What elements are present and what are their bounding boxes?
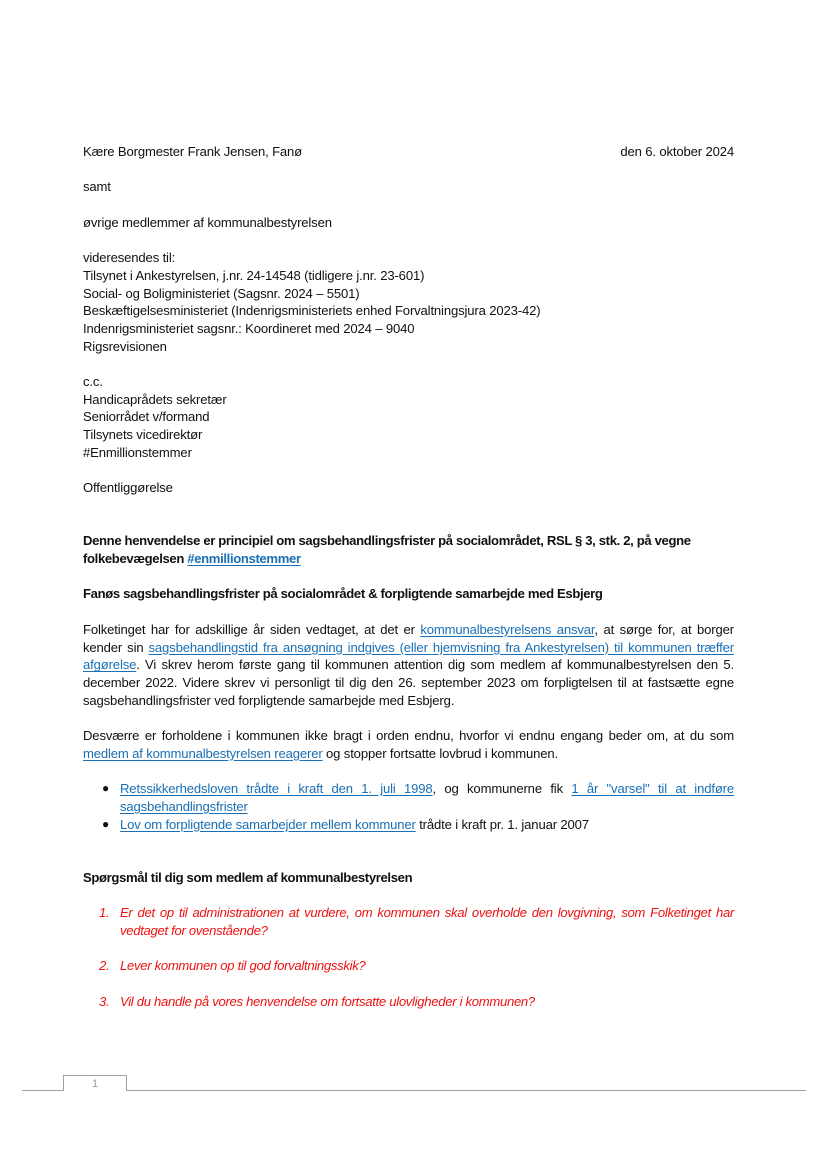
list-item: ●Lov om forpligtende samarbejder mellem … [120, 816, 734, 834]
page-number: 1 [64, 1078, 126, 1090]
samt-text: samt [83, 178, 734, 196]
forwarded-recipient: Tilsynet i Ankestyrelsen, j.nr. 24-14548… [83, 267, 734, 285]
intro-statement: Denne henvendelse er principiel om sagsb… [83, 532, 734, 567]
other-members: øvrige medlemmer af kommunalbestyrelsen [83, 214, 734, 232]
bullet-icon: ● [102, 780, 109, 798]
hashtag-link[interactable]: #enmillionstemmer [187, 551, 300, 566]
footer-rule [22, 1090, 64, 1091]
page-footer: 1 [22, 1075, 806, 1092]
cc-recipient: Tilsynets vicedirektør [83, 426, 734, 444]
intro-text: Denne henvendelse er principiel om sagsb… [83, 533, 691, 566]
questions-list: 1.Er det op til administrationen at vurd… [83, 904, 734, 1010]
section-title: Fanøs sagsbehandlingsfrister på socialom… [83, 585, 734, 603]
header-row: Kære Borgmester Frank Jensen, Fanø den 6… [83, 143, 734, 161]
question-text: Er det op til administrationen at vurder… [120, 905, 734, 938]
forwarded-recipient: Social- og Boligministeriet (Sagsnr. 202… [83, 285, 734, 303]
questions-title: Spørgsmål til dig som medlem af kommunal… [83, 869, 734, 887]
cc-label: c.c. [83, 373, 734, 391]
paragraph-responsibility: Folketinget har for adskillige år siden … [83, 621, 734, 710]
paragraph-text: Folketinget har for adskillige år siden … [83, 622, 420, 637]
link-council-responsibility[interactable]: kommunalbestyrelsens ansvar [420, 622, 594, 637]
cc-recipient: Handicaprådets sekretær [83, 391, 734, 409]
law-bullet-list: ●Retssikkerhedsloven trådte i kraft den … [83, 780, 734, 833]
question-item: 2.Lever kommunen op til god forvaltnings… [120, 957, 734, 975]
publication-note: Offentliggørelse [83, 479, 734, 497]
document-page: Kære Borgmester Frank Jensen, Fanø den 6… [0, 0, 827, 1169]
forwarded-recipient: Beskæftigelsesministeriet (Indenrigsmini… [83, 302, 734, 320]
letter-date: den 6. oktober 2024 [620, 143, 734, 161]
link-binding-cooperation-law[interactable]: Lov om forpligtende samarbejder mellem k… [120, 817, 416, 832]
link-retssikkerhedsloven[interactable]: Retssikkerhedsloven trådte i kraft den 1… [120, 781, 433, 796]
cc-recipient: Seniorrådet v/formand [83, 408, 734, 426]
list-item: ●Retssikkerhedsloven trådte i kraft den … [120, 780, 734, 815]
bullet-icon: ● [102, 816, 109, 834]
question-number: 2. [99, 957, 109, 975]
salutation: Kære Borgmester Frank Jensen, Fanø [83, 143, 302, 161]
letter-body: Kære Borgmester Frank Jensen, Fanø den 6… [83, 143, 734, 1028]
forwarded-recipient: Rigsrevisionen [83, 338, 734, 356]
link-member-reacts[interactable]: medlem af kommunalbestyrelsen reagerer [83, 746, 323, 761]
paragraph-text: og stopper fortsatte lovbrud i kommunen. [323, 746, 558, 761]
forwarded-label: videresendes til: [83, 249, 734, 267]
question-item: 1.Er det op til administrationen at vurd… [120, 904, 734, 939]
question-number: 1. [99, 904, 109, 922]
paragraph-text: Desværre er forholdene i kommunen ikke b… [83, 728, 734, 743]
question-number: 3. [99, 993, 109, 1011]
cc-recipient: #Enmillionstemmer [83, 444, 734, 462]
paragraph-text: . Vi skrev herom første gang til kommune… [83, 657, 734, 707]
bullet-text: , og kommunerne fik [433, 781, 572, 796]
paragraph-request: Desværre er forholdene i kommunen ikke b… [83, 727, 734, 762]
question-item: 3.Vil du handle på vores henvendelse om … [120, 993, 734, 1011]
question-text: Vil du handle på vores henvendelse om fo… [120, 994, 535, 1009]
forwarded-recipient: Indenrigsministeriet sagsnr.: Koordinere… [83, 320, 734, 338]
question-text: Lever kommunen op til god forvaltningssk… [120, 958, 365, 973]
page-number-tab: 1 [63, 1075, 127, 1091]
footer-rule [126, 1090, 806, 1091]
bullet-text: trådte i kraft pr. 1. januar 2007 [416, 817, 589, 832]
